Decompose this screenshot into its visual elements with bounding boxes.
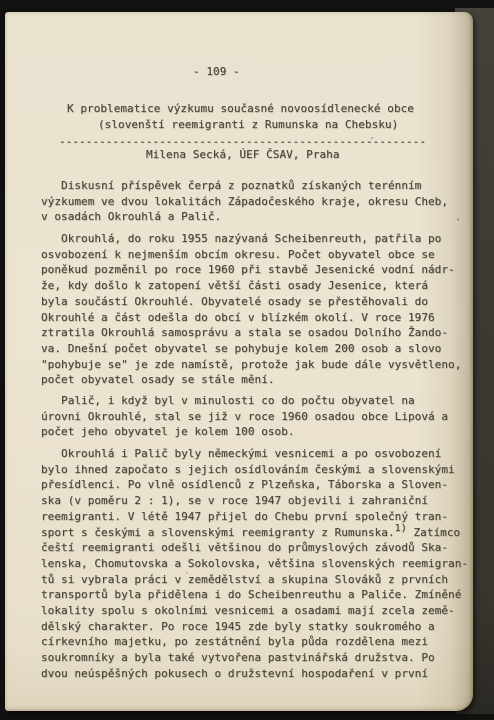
document-page: - 109 - K problematice výzkumu současné … — [5, 12, 473, 711]
page-number: - 109 - — [193, 65, 240, 79]
article-title-line-2: (slovenští reemigranti z Rumunska na Che… — [98, 117, 398, 133]
paper-speck — [371, 137, 373, 139]
author-line: Milena Secká, ÚEF ČSAV, Praha — [146, 147, 340, 162]
scanned-document-photo: - 109 - K problematice výzkumu současné … — [0, 0, 494, 720]
paragraph-settlement-text-after-footnote: Zatímco čeští reemigranti odešli většino… — [41, 526, 468, 680]
paper-speck — [186, 572, 188, 574]
paragraph-palic: Palič, i když byl v minulosti co do počt… — [41, 393, 466, 440]
paragraph-settlement-text-before-footnote: Okrouhlá i Palič byly německými vesnicem… — [41, 447, 455, 539]
paragraph-introduction: Diskusní příspěvek čerpá z poznatků získ… — [41, 178, 466, 225]
paragraph-okrouhla: Okrouhlá, do roku 1955 nazývaná Scheiben… — [41, 231, 466, 388]
article-title-line-1: K problematice výzkumu současné novoosíd… — [67, 101, 414, 117]
paragraph-settlement-history: Okrouhlá i Palič byly německými vesnicem… — [41, 446, 466, 682]
paper-speck — [457, 218, 459, 221]
